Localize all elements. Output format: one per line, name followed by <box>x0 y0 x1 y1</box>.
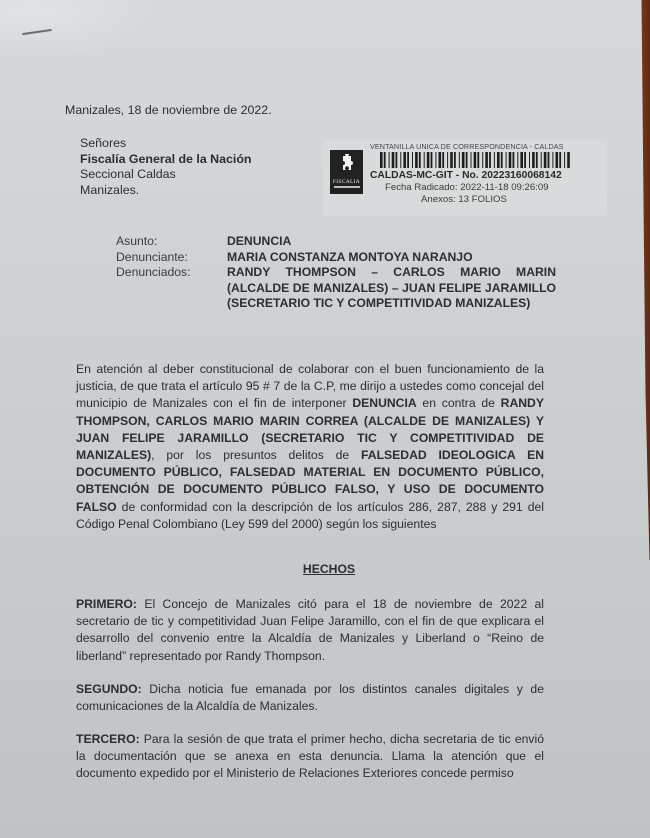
intro-paragraph: En atención al deber constitucional de c… <box>76 361 544 533</box>
addressee-division: Seccional Caldas <box>80 167 251 183</box>
intro-text: , por los presuntos delitos de <box>151 448 361 462</box>
fact-segundo: SEGUNDO: Dicha noticia fue emanada por l… <box>76 681 544 715</box>
logo-text: FISCALIA <box>333 179 360 185</box>
fact-text: Para la sesión de que trata el primer he… <box>76 732 544 780</box>
intro-text: de conformidad con la descripción de los… <box>76 500 544 531</box>
meta-label: Denunciados: <box>116 265 227 312</box>
desk-edge <box>640 0 650 560</box>
stamp-code: CALDAS-MC-GIT - No. 20223160068142 <box>370 170 562 181</box>
intro-bold: DENUNCIA <box>352 396 416 410</box>
fact-text: El Concejo de Manizales citó para el 18 … <box>76 597 544 663</box>
subject-block: Asunto: DENUNCIA Denunciante: MARIA CONS… <box>116 234 556 312</box>
meta-value: RANDY THOMPSON – CARLOS MARIO MARIN (ALC… <box>227 265 556 312</box>
stamp-anexos: Anexos: 13 FOLIOS <box>421 194 507 205</box>
meta-label: Denunciante: <box>116 250 227 266</box>
barcode-icon <box>380 152 570 168</box>
document-page: Manizales, 18 de noviembre de 2022. Seño… <box>0 0 650 838</box>
fact-label: PRIMERO: <box>76 597 137 611</box>
meta-row-denunciante: Denunciante: MARIA CONSTANZA MONTOYA NAR… <box>116 250 556 266</box>
addressee-block: Señores Fiscalía General de la Nación Se… <box>80 136 251 198</box>
filing-stamp: FISCALIA VENTANILLA UNICA DE CORRESPONDE… <box>322 140 607 216</box>
stamp-header: VENTANILLA UNICA DE CORRESPONDENCIA - CA… <box>370 142 564 151</box>
addressee-city: Manizales. <box>80 183 251 199</box>
salutation: Señores <box>80 136 251 152</box>
fiscalia-puzzle-logo-icon: FISCALIA <box>330 150 363 194</box>
meta-row-asunto: Asunto: DENUNCIA <box>116 234 556 250</box>
fact-tercero: TERCERO: Para la sesión de que trata el … <box>76 731 544 783</box>
meta-value: MARIA CONSTANZA MONTOYA NARANJO <box>227 250 556 266</box>
fact-label: SEGUNDO: <box>76 682 142 696</box>
meta-value: DENUNCIA <box>227 234 556 250</box>
date-line: Manizales, 18 de noviembre de 2022. <box>65 103 272 119</box>
fact-label: TERCERO: <box>76 732 140 746</box>
intro-text: en contra de <box>417 396 501 410</box>
addressee-organization: Fiscalía General de la Nación <box>80 152 251 168</box>
fact-primero: PRIMERO: El Concejo de Manizales citó pa… <box>76 596 544 665</box>
stamp-fecha-radicado: Fecha Radicado: 2022-11-18 09:26:09 <box>385 182 549 193</box>
meta-row-denunciados: Denunciados: RANDY THOMPSON – CARLOS MAR… <box>116 265 556 312</box>
section-heading: HECHOS <box>0 562 650 576</box>
fact-text: Dicha noticia fue emanada por los distin… <box>76 682 544 713</box>
meta-label: Asunto: <box>116 234 227 250</box>
pen-mark <box>22 29 52 35</box>
